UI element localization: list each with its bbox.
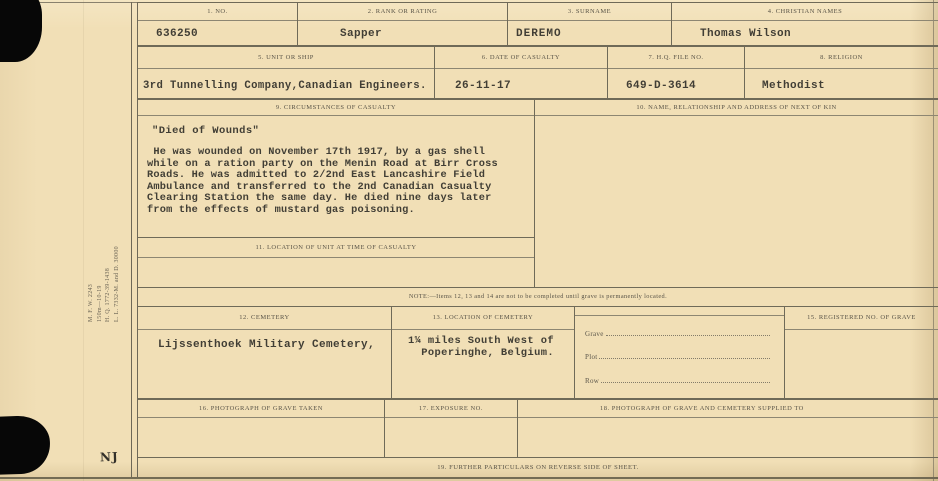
form-row-cemetery: 12. CEMETERY Lijssenthoek Military Cemet… — [138, 307, 938, 400]
field-photo-taken: 16. PHOTOGRAPH OF GRAVE TAKEN — [138, 400, 385, 457]
field-next-of-kin-value — [535, 116, 938, 287]
stamp-line: L. L. 7332-M. and D. 30000 — [113, 192, 122, 322]
field-unit: 5. UNIT OR SHIP 3rd Tunnelling Company,C… — [138, 47, 435, 98]
grave-line-label: Grave — [585, 330, 604, 338]
field-religion: 8. RELIGION Methodist — [745, 47, 938, 98]
field-photo-supplied: 18. PHOTOGRAPH OF GRAVE AND CEMETERY SUP… — [518, 400, 938, 457]
field-surname-label: 3. SURNAME — [508, 3, 671, 21]
field-christian-names: 4. CHRISTIAN NAMES Thomas Wilson — [672, 3, 938, 45]
field-no-label: 1. NO. — [138, 3, 297, 21]
field-surname-value: DEREMO — [508, 21, 671, 40]
field-photo-taken-label: 16. PHOTOGRAPH OF GRAVE TAKEN — [138, 400, 384, 418]
field-registered-no: 15. REGISTERED NO. OF GRAVE — [785, 307, 938, 398]
field-unit-location-label: 11. LOCATION OF UNIT AT TIME OF CASUALTY — [138, 238, 534, 258]
field-surname: 3. SURNAME DEREMO — [508, 3, 672, 45]
form-reference-stamp: M. F. W. 2243 150m—10-19 H. Q. 1772-39-1… — [87, 192, 131, 322]
handwritten-initials: NJ — [100, 450, 119, 465]
cause-of-death: "Died of Wounds" — [138, 116, 534, 137]
plot-line-label: Plot — [585, 353, 597, 361]
field-christian-names-value: Thomas Wilson — [672, 21, 938, 40]
circumstances-body: "Died of Wounds" He was wounded on Novem… — [138, 116, 534, 238]
field-rank-value: Sapper — [298, 21, 507, 40]
form-row-identity: 1. NO. 636250 2. RANK OR RATING Sapper 3… — [138, 2, 938, 47]
field-date-of-casualty-value: 26-11-17 — [435, 69, 607, 92]
field-no: 1. NO. 636250 — [138, 3, 298, 45]
field-unit-label: 5. UNIT OR SHIP — [138, 47, 434, 69]
field-circumstances: 9. CIRCUMSTANCES OF CASUALTY "Died of Wo… — [138, 100, 535, 287]
field-religion-value: Methodist — [745, 69, 938, 92]
field-unit-location-value — [138, 258, 534, 287]
field-date-of-casualty-label: 6. DATE OF CASUALTY — [435, 47, 607, 69]
field-exposure-no-value — [385, 418, 517, 457]
field-cemetery-location-value: 1¼ miles South West of Poperinghe, Belgi… — [392, 330, 574, 359]
field-exposure-no: 17. EXPOSURE NO. — [385, 400, 518, 457]
form-footer-note: 19. FURTHER PARTICULARS ON REVERSE SIDE … — [138, 458, 938, 481]
field-cemetery-label: 12. CEMETERY — [138, 307, 391, 330]
field-rank: 2. RANK OR RATING Sapper — [298, 3, 508, 45]
field-circumstances-label: 9. CIRCUMSTANCES OF CASUALTY — [138, 100, 534, 116]
field-registered-no-value — [785, 330, 938, 398]
stamp-line: H. Q. 1772-39-1438 — [104, 192, 113, 322]
field-date-of-casualty: 6. DATE OF CASUALTY 26-11-17 — [435, 47, 608, 98]
dotted-rule — [599, 351, 770, 359]
form-note: NOTE:—Items 12, 13 and 14 are not to be … — [138, 288, 938, 307]
plot-line: Plot — [585, 351, 770, 361]
field-exposure-no-label: 17. EXPOSURE NO. — [385, 400, 517, 418]
circumstances-narrative: He was wounded on November 17th 1917, by… — [138, 137, 534, 217]
ink-blot-bottom — [0, 415, 51, 475]
field-cemetery-location: 13. LOCATION OF CEMETERY 1¼ miles South … — [392, 307, 575, 398]
field-next-of-kin: 10. NAME, RELATIONSHIP AND ADDRESS OF NE… — [535, 100, 938, 287]
form-row-photograph: 16. PHOTOGRAPH OF GRAVE TAKEN 17. EXPOSU… — [138, 400, 938, 458]
form-row-circumstances: 9. CIRCUMSTANCES OF CASUALTY "Died of Wo… — [138, 100, 938, 288]
field-registered-no-label: 15. REGISTERED NO. OF GRAVE — [785, 307, 938, 330]
field-christian-names-label: 4. CHRISTIAN NAMES — [672, 3, 938, 21]
field-cemetery-value: Lijssenthoek Military Cemetery, — [138, 330, 391, 351]
dotted-rule — [606, 328, 770, 336]
field-hq-file-no: 7. H.Q. FILE NO. 649-D-3614 — [608, 47, 745, 98]
form-row-unit: 5. UNIT OR SHIP 3rd Tunnelling Company,C… — [138, 47, 938, 100]
field-unit-value: 3rd Tunnelling Company,Canadian Engineer… — [138, 69, 434, 92]
field-hq-file-no-value: 649-D-3614 — [608, 69, 744, 92]
casualty-record-document: M. F. W. 2243 150m—10-19 H. Q. 1772-39-1… — [0, 0, 938, 481]
grave-line: Grave — [585, 328, 770, 338]
field-grave-location: 14. GRAVE LOCATION Grave Plot Row — [575, 307, 785, 398]
paper-crease — [83, 0, 84, 481]
casualty-form: 1. NO. 636250 2. RANK OR RATING Sapper 3… — [138, 2, 938, 481]
field-grave-location-label: 14. GRAVE LOCATION — [575, 307, 784, 316]
field-photo-supplied-value — [518, 418, 938, 457]
field-hq-file-no-label: 7. H.Q. FILE NO. — [608, 47, 744, 69]
ink-blot-top — [0, 0, 42, 62]
row-line-label: Row — [585, 377, 599, 385]
row-line: Row — [585, 375, 770, 385]
field-rank-label: 2. RANK OR RATING — [298, 3, 507, 21]
stamp-line: 150m—10-19 — [96, 192, 105, 322]
field-photo-taken-value — [138, 418, 384, 457]
field-next-of-kin-label: 10. NAME, RELATIONSHIP AND ADDRESS OF NE… — [535, 100, 938, 116]
field-cemetery-location-label: 13. LOCATION OF CEMETERY — [392, 307, 574, 330]
field-cemetery: 12. CEMETERY Lijssenthoek Military Cemet… — [138, 307, 392, 398]
field-no-value: 636250 — [138, 21, 297, 40]
field-religion-label: 8. RELIGION — [745, 47, 938, 69]
field-photo-supplied-label: 18. PHOTOGRAPH OF GRAVE AND CEMETERY SUP… — [518, 400, 938, 418]
dotted-rule — [601, 375, 770, 383]
form-left-border — [131, 2, 138, 477]
grave-location-lines: Grave Plot Row — [575, 316, 784, 399]
stamp-line: M. F. W. 2243 — [87, 192, 96, 322]
